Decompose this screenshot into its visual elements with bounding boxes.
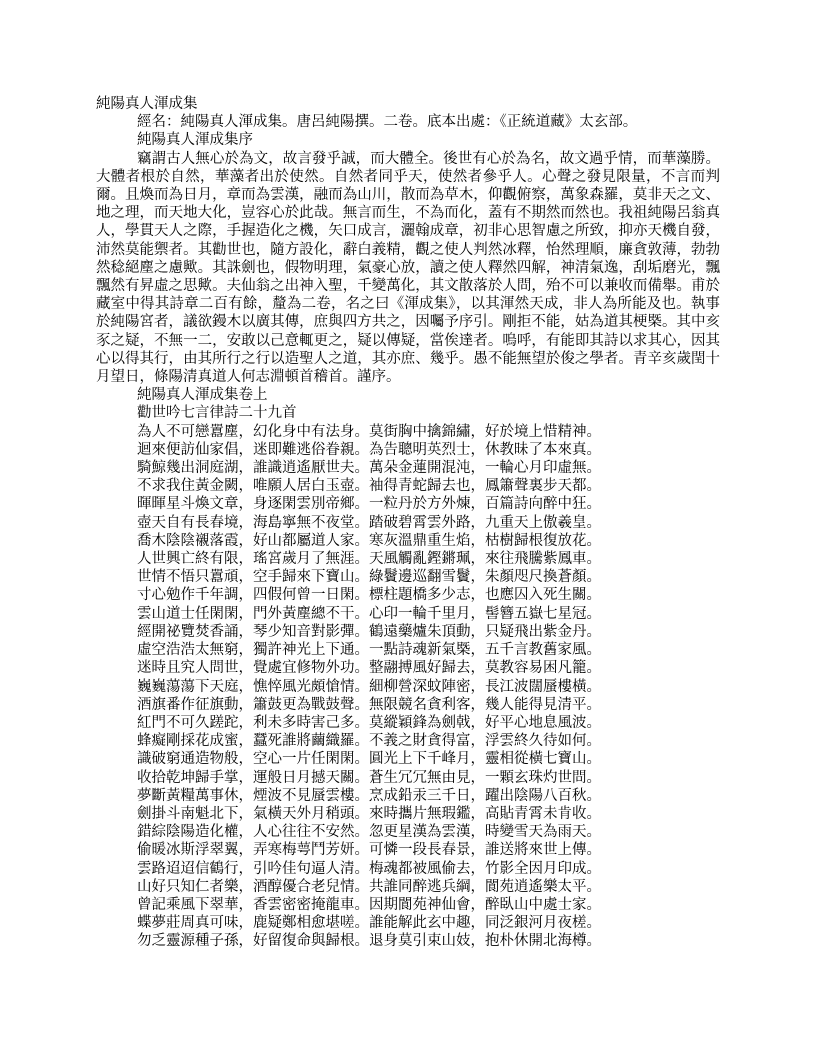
poem-line: 暉暉星斗煥文章，身逐閑雲別帝鄉。一粒丹於方外煉，百篇詩向醉中狂。 <box>96 495 720 513</box>
poem-line: 喬木陰陰襯落霞，好山都屬道人家。寒灰溫鼎重生焰，枯樹歸根復放花。 <box>96 532 720 550</box>
poem-line: 夢斷黃糧萬事休，煙波不見蜃雲樓。烹成鉛汞三千日，躍出陰陽八百秋。 <box>96 787 720 805</box>
meta-line: 經名：純陽真人渾成集。唐呂純陽撰。二卷。底本出處：《正統道藏》太玄部。 <box>96 113 720 131</box>
poem-line: 經開祕覽焚香誦，琴少知音對影彈。鶴遠藥爐朱頂動，只疑飛出紫金丹。 <box>96 623 720 641</box>
poem-line: 壺天自有長春境，海島寧無不夜堂。踏破碧霄雲外路，九重天上傲羲皇。 <box>96 514 720 532</box>
poem-line: 巍巍蕩蕩下天庭，憔悴風光頗愴情。細柳營深蚊陣密，長江波闊蜃樓橫。 <box>96 678 720 696</box>
poem-line: 紅門不可久蹉跎，利未多時害己多。莫縱穎鋒為劍戟，好平心地息風波。 <box>96 714 720 732</box>
poem-line: 人世興亡終有限，瑤宮歲月了無涯。天風觸亂鏗鏘珮，來往飛騰紫鳳車。 <box>96 550 720 568</box>
document-title: 純陽真人渾成集 <box>96 95 720 113</box>
poem-line: 蜂癡剛採花成蜜，蠶死誰將繭織羅。不義之財貪得富，浮雲終久待如何。 <box>96 732 720 750</box>
poem-line: 騎鯨幾出洞庭湖，誰識逍遙厭世夫。萬朵金蓮開混沌，一輪心月印虛無。 <box>96 459 720 477</box>
poem-line: 劍掛斗南魁北下，氣橫天外月稍頭。來時攜片無瑕鑑，高貼青霄未肯收。 <box>96 805 720 823</box>
poem-line: 世情不悟只囂頑，空手歸來下寶山。綠鬢邊巡翻雪鬢，朱顏咫尺換蒼顏。 <box>96 568 720 586</box>
document-page: 純陽真人渾成集 經名：純陽真人渾成集。唐呂純陽撰。二卷。底本出處：《正統道藏》太… <box>0 0 816 1056</box>
poem-line: 曾記乘風下翠華，香雲密密掩龍車。因期閬苑神仙會，醉臥山中處士家。 <box>96 896 720 914</box>
poem-line: 為人不可戀囂塵，幻化身中有法身。莫街胸中擒錦繡，好於境上惜精神。 <box>96 423 720 441</box>
poem-line: 山好只知仁者樂，酒醇優合老兒情。共誰同醉逃兵綱，閬苑逍遙樂太平。 <box>96 878 720 896</box>
poem-line: 迷時且究人問世，覺處宜修物外功。整翮搏風好歸去，莫教容易困凡籠。 <box>96 659 720 677</box>
poem-line: 蝶夢莊周真可味，鹿疑鄭相愈堪嗟。誰能解此玄中趣，同泛銀河月夜槎。 <box>96 914 720 932</box>
poem-line: 酒旗番作征旗動，簫鼓更為戰鼓聲。無限競名貪利客，幾人能得見清平。 <box>96 696 720 714</box>
poem-line: 迴來便訪仙家倡，迷即難逃俗眷親。為告聰明英烈士，休教昧了本來真。 <box>96 441 720 459</box>
poem-line: 收拾乾坤歸手掌，運般日月撼天關。蒼生冗冗無由見，一顆玄珠灼世問。 <box>96 769 720 787</box>
volume-title: 純陽真人渾成集卷上 <box>96 386 720 404</box>
poem-line: 勿乏靈源種子孫，好留復命與歸根。退身莫引束山妓，抱朴休開北海樽。 <box>96 932 720 950</box>
poem-lines: 為人不可戀囂塵，幻化身中有法身。莫街胸中擒錦繡，好於境上惜精神。 迴來便訪仙家倡… <box>96 423 720 951</box>
poem-line: 虛空浩浩太無窮，獨許神光上下通。一點詩魂新氣槩，五千言教舊家風。 <box>96 641 720 659</box>
preface-body: 竊謂古人無心於為文，故言發乎誠，而大體全。後世有心於為名，故文過乎情，而華藻勝。… <box>96 150 720 387</box>
poem-line: 雲山道士任閑閑，門外黃塵總不干。心印一輪千里月，髻簪五嶽七星冠。 <box>96 605 720 623</box>
poem-line: 雲路迢迢信鶴行，引吟佳句逼人清。梅魂都被風偷去，竹影全因月印成。 <box>96 860 720 878</box>
poem-line: 寸心勉作千年調，四假何曾一日閑。標柱題橋多少志，也應囚入死生關。 <box>96 586 720 604</box>
preface-title: 純陽真人渾成集序 <box>96 131 720 149</box>
poem-line: 錯綜陰陽造化權，人心往往不安然。忽更星漢為雲漢，時變雪天為雨天。 <box>96 823 720 841</box>
poem-line: 偷暖冰斯浮翠翼，弄寒梅萼鬥芳妍。可憐一段長春景，誰送將來世上傳。 <box>96 841 720 859</box>
section-title: 勸世吟七言律詩二十九首 <box>96 404 720 422</box>
poem-line: 不求我住黃金闕，唯願人居白玉壺。袖得青蛇歸去也，鳳簫聲裏步天都。 <box>96 477 720 495</box>
poem-line: 識破窮通造物般，空心一片任閑閑。圓光上下千峰月，靈相從橫七寶山。 <box>96 750 720 768</box>
